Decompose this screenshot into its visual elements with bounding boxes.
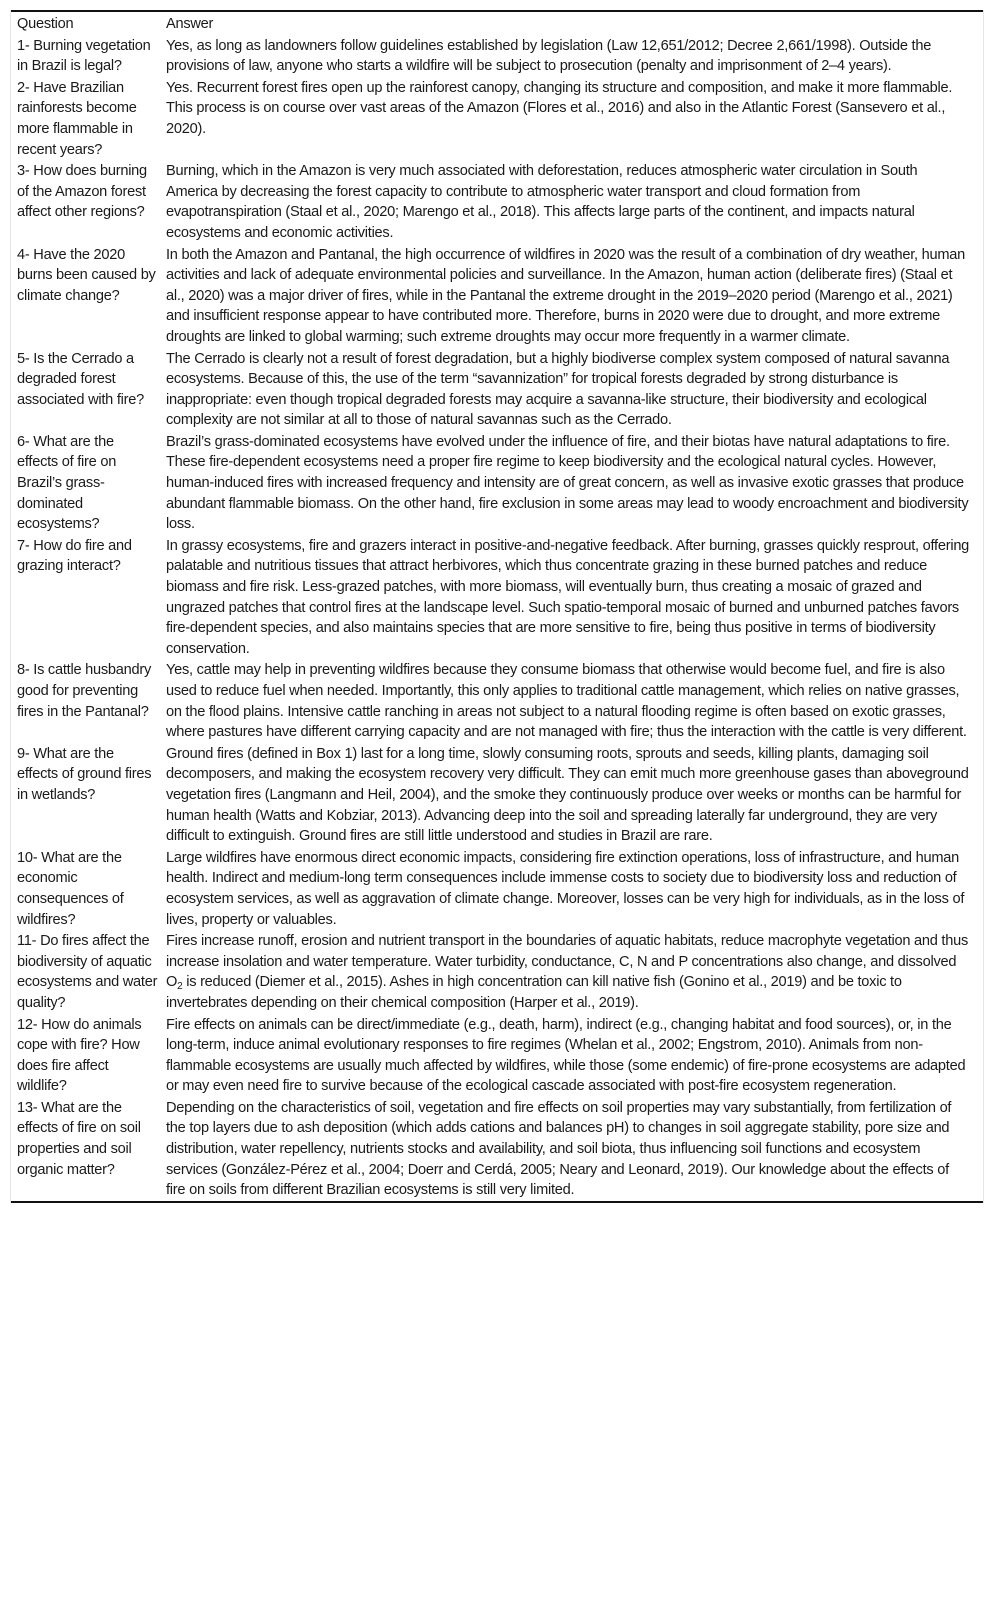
answer-cell: In both the Amazon and Pantanal, the hig… [162, 244, 983, 348]
answer-cell: Fires increase runoff, erosion and nutri… [162, 930, 983, 1013]
qa-table: Question Answer 1- Burning vegetation in… [11, 10, 983, 1203]
table-body: 1- Burning vegetation in Brazil is legal… [11, 35, 983, 1202]
table-row: 4- Have the 2020 burns been caused by cl… [11, 244, 983, 348]
table-row: 11- Do fires affect the biodiversity of … [11, 930, 983, 1013]
question-cell: 3- How does burning of the Amazon forest… [11, 160, 162, 243]
table-row: 6- What are the effects of fire on Brazi… [11, 431, 983, 535]
question-cell: 10- What are the economic consequences o… [11, 847, 162, 930]
question-cell: 12- How do animals cope with fire? How d… [11, 1014, 162, 1097]
table-header: Question Answer [11, 11, 983, 35]
question-cell: 7- How do fire and grazing interact? [11, 535, 162, 660]
table-row: 1- Burning vegetation in Brazil is legal… [11, 35, 983, 77]
table-row: 2- Have Brazilian rainforests become mor… [11, 77, 983, 160]
table-row: 13- What are the effects of fire on soil… [11, 1097, 983, 1202]
question-cell: 13- What are the effects of fire on soil… [11, 1097, 162, 1202]
answer-cell: Ground fires (defined in Box 1) last for… [162, 743, 983, 847]
question-cell: 1- Burning vegetation in Brazil is legal… [11, 35, 162, 77]
answer-cell: Brazil’s grass-dominated ecosystems have… [162, 431, 983, 535]
answer-cell: Burning, which in the Amazon is very muc… [162, 160, 983, 243]
qa-table-container: Question Answer 1- Burning vegetation in… [10, 10, 984, 1203]
table-row: 5- Is the Cerrado a degraded forest asso… [11, 348, 983, 431]
header-row: Question Answer [11, 11, 983, 35]
question-cell: 8- Is cattle husbandry good for preventi… [11, 659, 162, 742]
answer-cell: Large wildfires have enormous direct eco… [162, 847, 983, 930]
question-cell: 9- What are the effects of ground fires … [11, 743, 162, 847]
answer-cell: Fire effects on animals can be direct/im… [162, 1014, 983, 1097]
table-row: 10- What are the economic consequences o… [11, 847, 983, 930]
answer-cell: Yes. Recurrent forest fires open up the … [162, 77, 983, 160]
table-row: 12- How do animals cope with fire? How d… [11, 1014, 983, 1097]
table-row: 3- How does burning of the Amazon forest… [11, 160, 983, 243]
answer-cell: The Cerrado is clearly not a result of f… [162, 348, 983, 431]
answer-cell: Yes, as long as landowners follow guidel… [162, 35, 983, 77]
question-cell: 6- What are the effects of fire on Brazi… [11, 431, 162, 535]
question-cell: 4- Have the 2020 burns been caused by cl… [11, 244, 162, 348]
answer-text-after-subscript: is reduced (Diemer et al., 2015). Ashes … [166, 974, 902, 1011]
question-cell: 11- Do fires affect the biodiversity of … [11, 930, 162, 1013]
table-row: 8- Is cattle husbandry good for preventi… [11, 659, 983, 742]
column-header-answer: Answer [162, 11, 983, 35]
table-row: 7- How do fire and grazing interact? In … [11, 535, 983, 660]
question-cell: 2- Have Brazilian rainforests become mor… [11, 77, 162, 160]
answer-cell: Yes, cattle may help in preventing wildf… [162, 659, 983, 742]
answer-cell: Depending on the characteristics of soil… [162, 1097, 983, 1202]
table-row: 9- What are the effects of ground fires … [11, 743, 983, 847]
question-cell: 5- Is the Cerrado a degraded forest asso… [11, 348, 162, 431]
column-header-question: Question [11, 11, 162, 35]
answer-cell: In grassy ecosystems, fire and grazers i… [162, 535, 983, 660]
